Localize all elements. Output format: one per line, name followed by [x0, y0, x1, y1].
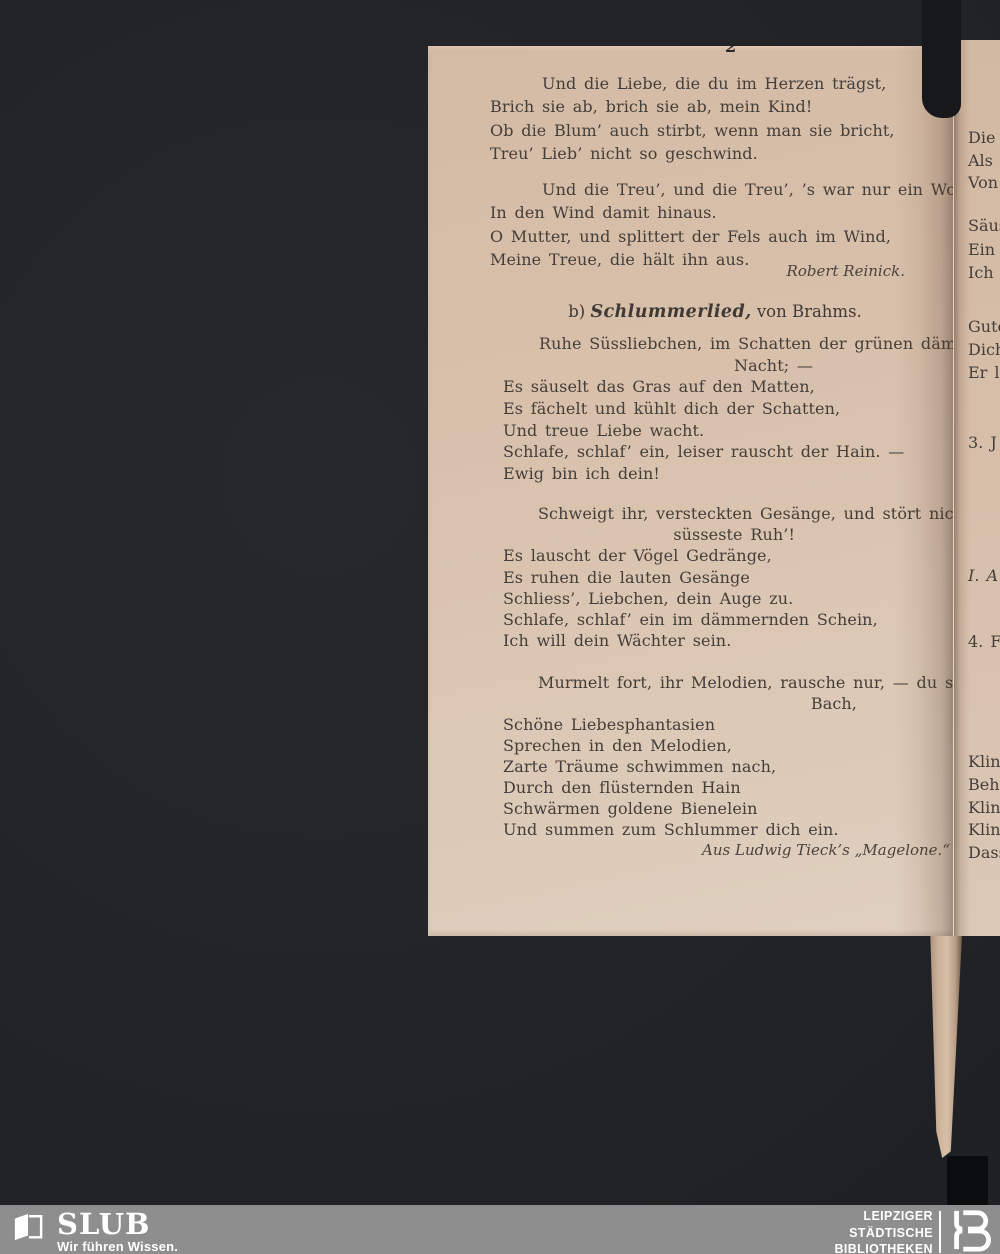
- facing-text-fragment: Kling: [968, 752, 1000, 771]
- facing-text-fragment: Ein: [968, 240, 995, 259]
- poem-stanza-2: Und die Treu’, und die Treu’, ’s war nur…: [490, 178, 952, 272]
- library-name: LEIPZIGER STÄDTISCHE BIBLIOTHEKEN: [834, 1208, 933, 1254]
- poem-attribution-tieck: Aus Ludwig Tieck’s „Magelone.“: [503, 841, 953, 859]
- facing-text-fragment: Säus: [968, 216, 1000, 235]
- poem-line: O Mutter, und splittert der Fels auch im…: [490, 225, 952, 248]
- song-heading-suffix: von Brahms.: [752, 302, 862, 321]
- facing-text-fragment: Kling: [968, 798, 1000, 817]
- library-name-line: BIBLIOTHEKEN: [834, 1241, 933, 1254]
- facing-text-fragment: Dass: [968, 843, 1000, 862]
- scan-viewer: 2 Und die Liebe, die du im Herzen trägst…: [0, 0, 1000, 1254]
- poem-stanza-5: Murmelt fort, ihr Melodien, rausche nur,…: [503, 672, 953, 840]
- facing-text-fragment: Behu: [968, 775, 1000, 794]
- poem-line: Sprechen in den Melodien,: [503, 735, 953, 756]
- facing-text-fragment: 3. J: [968, 433, 997, 452]
- spine-page-edge: [929, 936, 962, 1158]
- poem-line: Es säuselt das Gras auf den Matten,: [503, 376, 953, 398]
- facing-text-fragment: Kling: [968, 820, 1000, 839]
- poem-line: Bach,: [503, 693, 953, 714]
- facing-text-fragment: Die: [968, 128, 995, 147]
- poem-line: Und treue Liebe wacht.: [503, 420, 953, 442]
- spine-top-shadow: [922, 0, 961, 118]
- poem-line: Schlafe, schlaf’ ein, leiser rauscht der…: [503, 441, 953, 463]
- poem-line: Nacht; —: [503, 355, 953, 377]
- footer-bar: SLUB Wir führen Wissen. LEIPZIGER STÄDTI…: [0, 1205, 1000, 1254]
- song-title: Schlummerlied,: [590, 302, 751, 322]
- facing-text-fragment: Dich: [968, 340, 1000, 359]
- slub-logo: SLUB Wir führen Wissen.: [12, 1210, 178, 1254]
- poem-line: Und die Liebe, die du im Herzen trägst,: [490, 72, 952, 95]
- poem-line: Murmelt fort, ihr Melodien, rausche nur,…: [503, 672, 953, 693]
- facing-text-fragment: Er l: [968, 363, 1000, 382]
- poem-line: In den Wind damit hinaus.: [490, 201, 952, 224]
- scanned-page: 2 Und die Liebe, die du im Herzen trägst…: [428, 46, 953, 936]
- poem-line: Durch den flüsternden Hain: [503, 777, 953, 798]
- facing-text-fragment: Gute: [968, 317, 1000, 336]
- poem-line: süsseste Ruh’!: [503, 524, 953, 545]
- poem-stanza-1: Und die Liebe, die du im Herzen trägst,B…: [490, 72, 952, 166]
- poem-line: Schliess’, Liebchen, dein Auge zu.: [503, 588, 953, 609]
- poem-stanza-3: Ruhe Süssliebchen, im Schatten der grüne…: [503, 333, 953, 485]
- poem-line: Ewig bin ich dein!: [503, 463, 953, 485]
- poem-line: Ruhe Süssliebchen, im Schatten der grüne…: [503, 333, 953, 355]
- open-book-icon: [12, 1212, 44, 1242]
- slub-tagline: Wir führen Wissen.: [57, 1239, 178, 1254]
- leipzig-libraries-b-icon: [946, 1208, 992, 1252]
- logo-divider: [939, 1211, 942, 1253]
- poem-line: Brich sie ab, brich sie ab, mein Kind!: [490, 95, 952, 118]
- library-name-line: STÄDTISCHE: [834, 1225, 933, 1242]
- poem-line: Zarte Träume schwimmen nach,: [503, 756, 953, 777]
- library-name-line: LEIPZIGER: [834, 1208, 933, 1225]
- spine-bottom-shadow: [947, 1156, 988, 1206]
- poem-attribution-reinick: Robert Reinick.: [503, 262, 953, 280]
- poem-line: Schweigt ihr, versteckten Gesänge, und s…: [503, 503, 953, 524]
- facing-text-fragment: Als: [968, 151, 993, 170]
- poem-line: Schlafe, schlaf’ ein im dämmernden Schei…: [503, 609, 953, 630]
- poem-line: Und summen zum Schlummer dich ein.: [503, 819, 953, 840]
- poem-line: Es fächelt und kühlt dich der Schatten,: [503, 398, 953, 420]
- poem-line: Es lauscht der Vögel Gedränge,: [503, 545, 953, 566]
- song-heading-prefix: b): [568, 302, 590, 321]
- poem-line: Treu’ Lieb’ nicht so geschwind.: [490, 142, 952, 165]
- facing-text-fragment: Von: [968, 173, 998, 192]
- facing-page-sliver: DieAlsVonSäusEinIchGuteDichEr l3. JI. A4…: [953, 40, 1000, 936]
- page-number-fragment: 2: [725, 46, 736, 56]
- poem-line: Und die Treu’, und die Treu’, ’s war nur…: [490, 178, 952, 201]
- poem-line: Schöne Liebesphantasien: [503, 714, 953, 735]
- poem-line: Ich will dein Wächter sein.: [503, 630, 953, 651]
- facing-text-fragment: 4. F: [968, 632, 1000, 651]
- poem-line: Ob die Blum’ auch stirbt, wenn man sie b…: [490, 119, 952, 142]
- song-heading: b) Schlummerlied, von Brahms.: [503, 302, 953, 322]
- poem-stanza-4: Schweigt ihr, versteckten Gesänge, und s…: [503, 503, 953, 651]
- facing-text-fragment: I. A: [968, 566, 998, 585]
- poem-line: Schwärmen goldene Bienelein: [503, 798, 953, 819]
- poem-line: Es ruhen die lauten Gesänge: [503, 567, 953, 588]
- facing-text-fragment: Ich: [968, 263, 994, 282]
- slub-wordmark: SLUB: [57, 1210, 178, 1238]
